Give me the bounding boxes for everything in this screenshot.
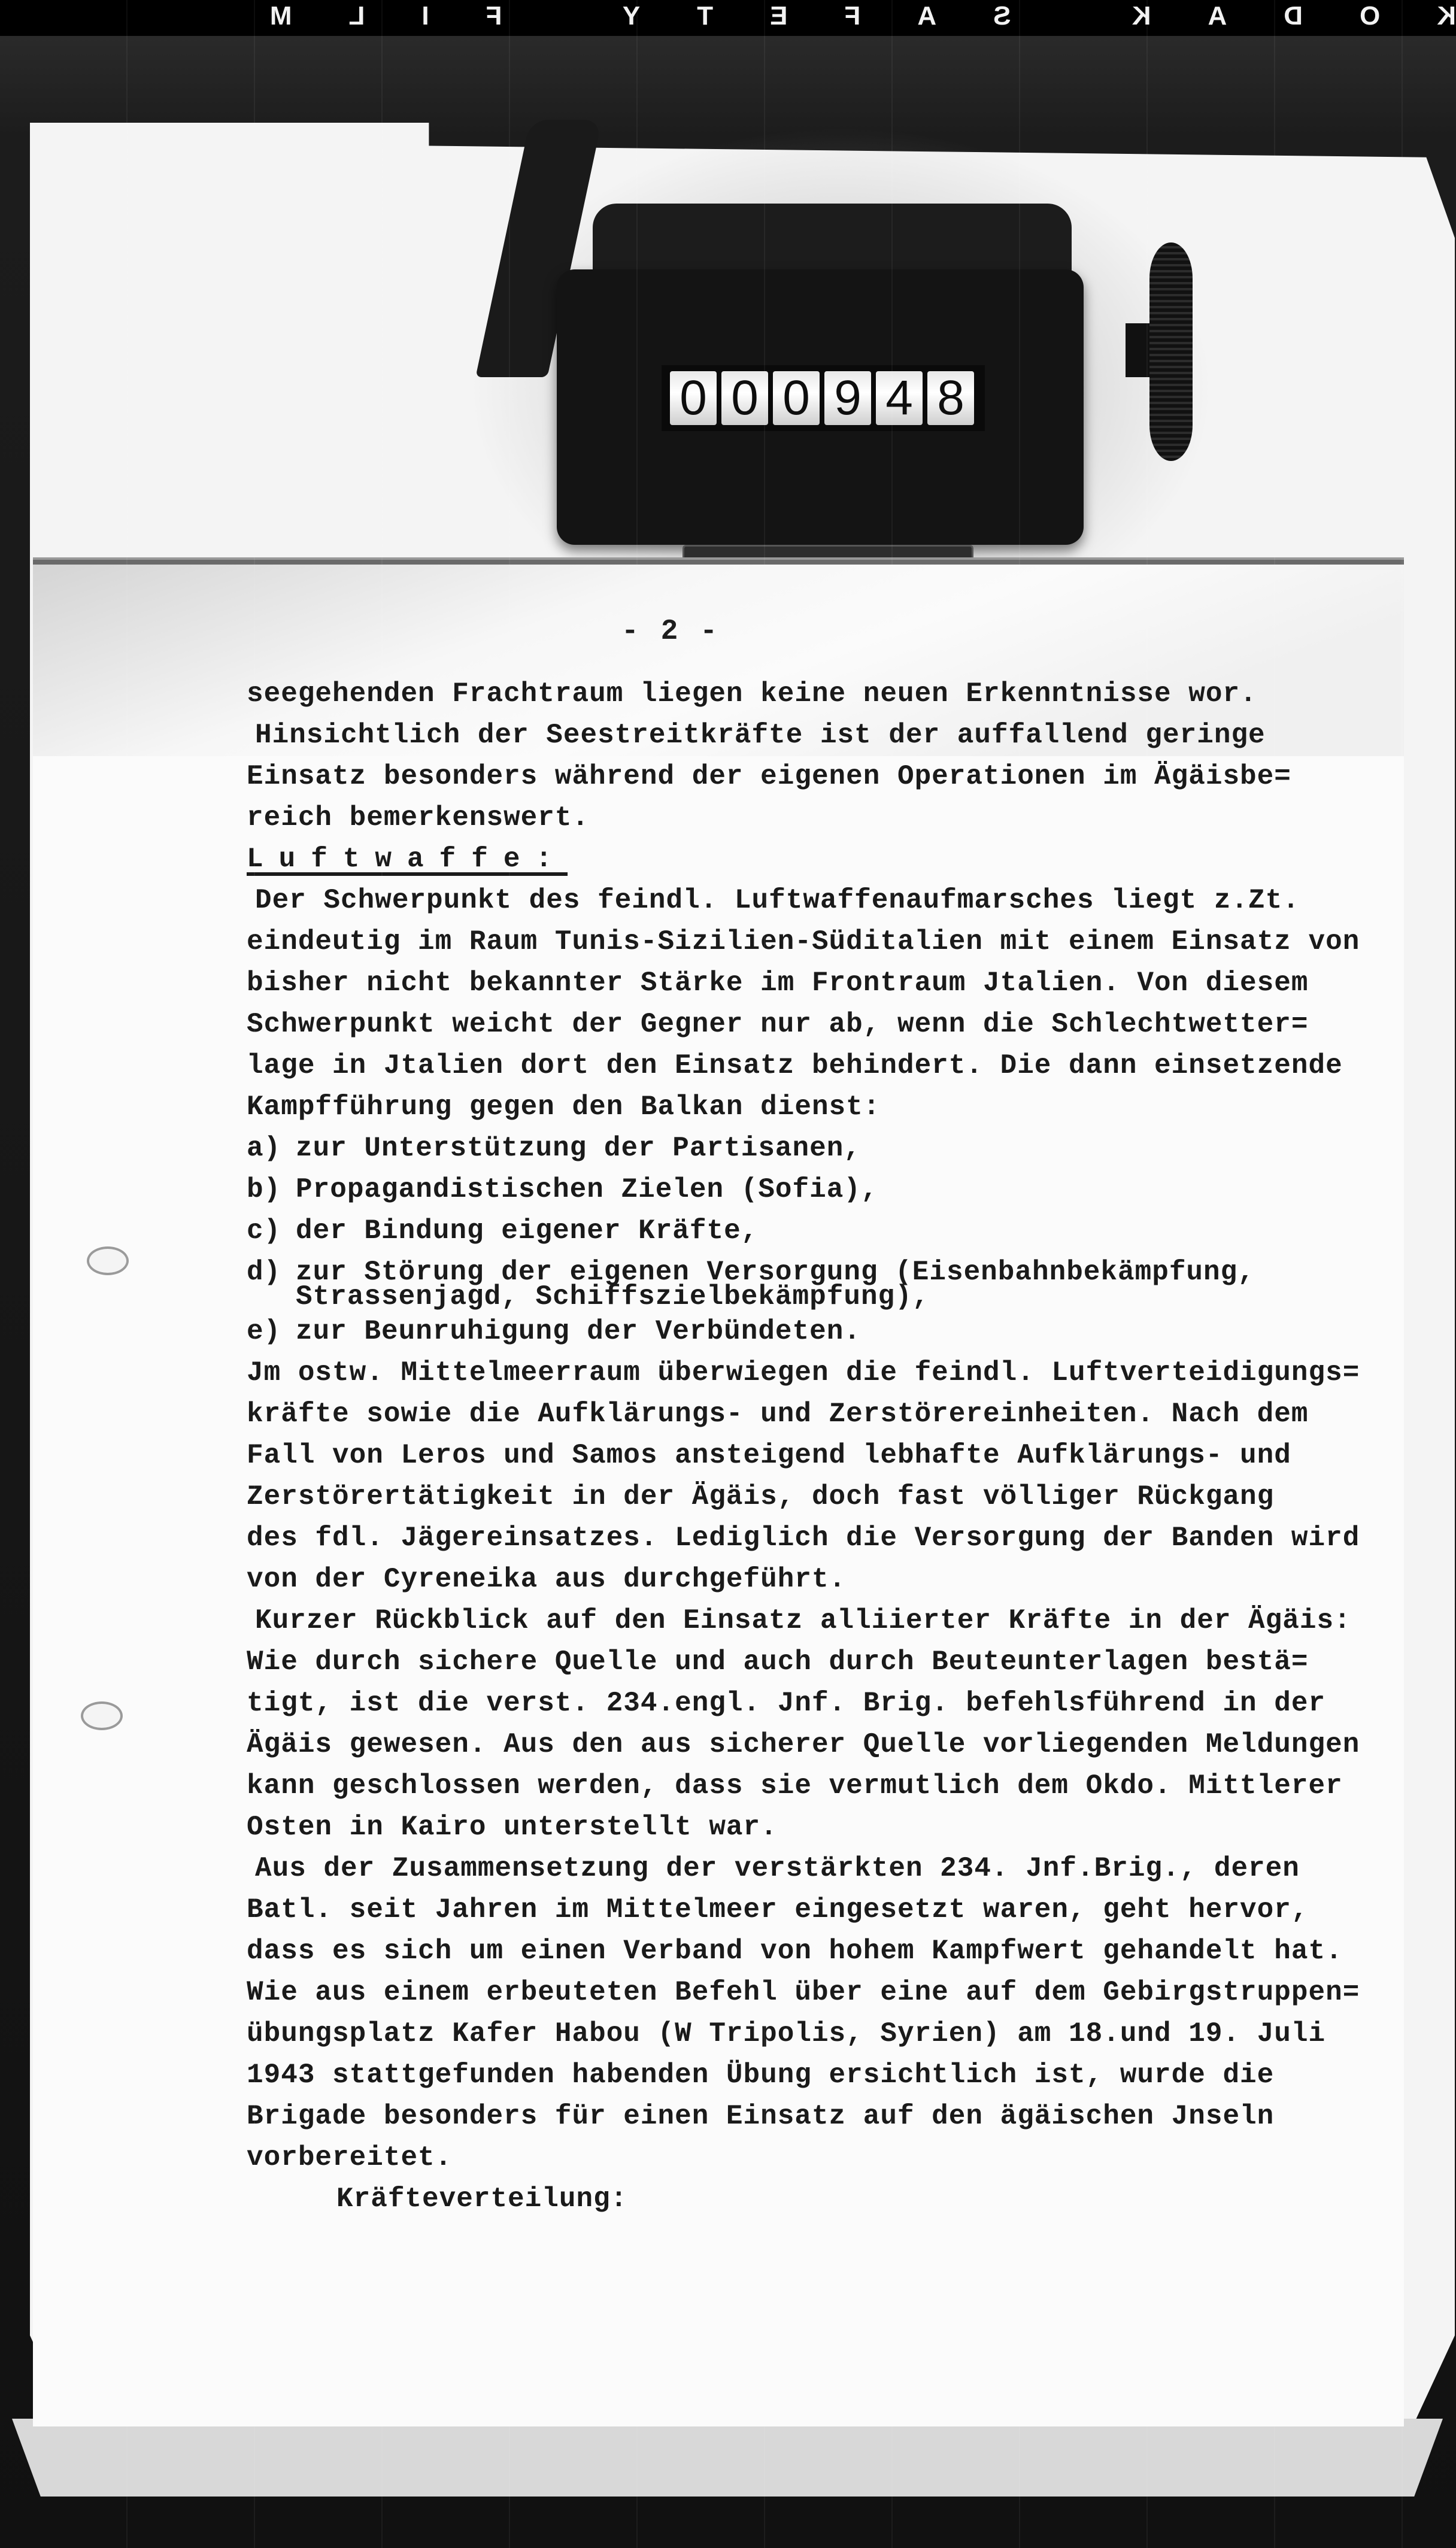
text-line: Aus der Zusammensetzung der verstärkten … — [247, 1848, 1384, 1889]
list-item: b)Propagandistischen Zielen (Sofia), — [247, 1169, 1384, 1211]
list-item-label: b) — [247, 1169, 296, 1211]
document-body: seegehenden Frachtraum liegen keine neue… — [247, 674, 1384, 2220]
counter-digit: 0 — [721, 371, 768, 425]
text-line: Zerstörertätigkeit in der Ägäis, doch fa… — [247, 1476, 1384, 1518]
text-line: seegehenden Frachtraum liegen keine neue… — [247, 674, 1384, 715]
list-item-text: der Bindung eigener Kräfte, — [296, 1215, 758, 1246]
page-number: - 2 - — [621, 615, 720, 648]
text-line: tigt, ist die verst. 234.engl. Jnf. Brig… — [247, 1683, 1384, 1724]
text-line: Hinsichtlich der Seestreitkräfte ist der… — [247, 715, 1384, 756]
list-item-text: zur Beunruhigung der Verbündeten. — [296, 1316, 861, 1347]
text-line: Osten in Kairo unterstellt war. — [247, 1807, 1384, 1848]
text-line: 1943 stattgefunden habenden Übung ersich… — [247, 2055, 1384, 2096]
text-line: eindeutig im Raum Tunis-Sizilien-Südital… — [247, 921, 1384, 963]
list-item: c)der Bindung eigener Kräfte, — [247, 1211, 1384, 1252]
counter-digit: 4 — [876, 371, 923, 425]
text-line: Wie aus einem erbeuteten Befehl über ein… — [247, 1972, 1384, 2013]
text-line: Fall von Leros und Samos ansteigend lebh… — [247, 1435, 1384, 1476]
text-line: Wie durch sichere Quelle und auch durch … — [247, 1642, 1384, 1683]
counter-digit: 0 — [670, 371, 717, 425]
counter-digit: 0 — [773, 371, 820, 425]
counter-display: 0 0 0 9 4 8 — [662, 365, 985, 431]
text-line: reich bemerkenswert. — [247, 797, 1384, 839]
text-line: vorbereitet. — [247, 2137, 1384, 2179]
closing-heading: Kräfteverteilung: — [247, 2179, 1384, 2220]
counter-body: 0 0 0 9 4 8 — [557, 269, 1084, 545]
counter-digit: 9 — [824, 371, 871, 425]
section-heading: Luftwaffe: — [247, 844, 568, 875]
text-line: von der Cyreneika aus durchgeführt. — [247, 1559, 1384, 1600]
text-line: übungsplatz Kafer Habou (W Tripolis, Syr… — [247, 2013, 1384, 2055]
text-line: des fdl. Jägereinsatzes. Lediglich die V… — [247, 1518, 1384, 1559]
punch-hole-icon — [81, 1701, 123, 1730]
text-line: bisher nicht bekannter Stärke im Frontra… — [247, 963, 1384, 1004]
list-item: a)zur Unterstützung der Partisanen, — [247, 1128, 1384, 1169]
text-line: Schwerpunkt weicht der Gegner nur ab, we… — [247, 1004, 1384, 1045]
film-edge-strip: KODAK SAFETY FILM — [0, 0, 1456, 36]
text-line: Jm ostw. Mittelmeerraum überwiegen die f… — [247, 1352, 1384, 1394]
counter-reset-knob — [1149, 242, 1193, 461]
list-item-text: zur Unterstützung der Partisanen, — [296, 1133, 861, 1164]
list-item-text: Propagandistischen Zielen (Sofia), — [296, 1174, 878, 1205]
backing-card-bottom — [12, 2419, 1443, 2497]
text-line: lage in Jtalien dort den Einsatz behinde… — [247, 1045, 1384, 1087]
film-edge-print: KODAK SAFETY FILM — [0, 1, 1456, 31]
text-line: Brigade besonders für einen Einsatz auf … — [247, 2096, 1384, 2137]
counter-digit: 8 — [927, 371, 974, 425]
counter-knob-axle — [1126, 323, 1152, 377]
text-line: Einsatz besonders während der eigenen Op… — [247, 756, 1384, 797]
text-line: kräfte sowie die Aufklärungs- und Zerstö… — [247, 1394, 1384, 1435]
list-item: e)zur Beunruhigung der Verbündeten. — [247, 1311, 1384, 1352]
text-line: Ägäis gewesen. Aus den aus sicherer Quel… — [247, 1724, 1384, 1766]
frame-counter-device: 0 0 0 9 4 8 — [557, 204, 1120, 545]
punch-hole-icon — [87, 1246, 129, 1275]
list-item-label: c) — [247, 1211, 296, 1252]
text-line: kann geschlossen werden, dass sie vermut… — [247, 1766, 1384, 1807]
list-item-label: a) — [247, 1128, 296, 1169]
text-line: Der Schwerpunkt des feindl. Luftwaffenau… — [247, 880, 1384, 921]
text-line: dass es sich um einen Verband von hohem … — [247, 1931, 1384, 1972]
list-item-label: e) — [247, 1311, 296, 1352]
text-line: Kurzer Rückblick auf den Einsatz alliier… — [247, 1600, 1384, 1642]
text-line: Batl. seit Jahren im Mittelmeer eingeset… — [247, 1889, 1384, 1931]
text-line: Kampfführung gegen den Balkan dienst: — [247, 1087, 1384, 1128]
list-item-label: d) — [247, 1252, 296, 1293]
